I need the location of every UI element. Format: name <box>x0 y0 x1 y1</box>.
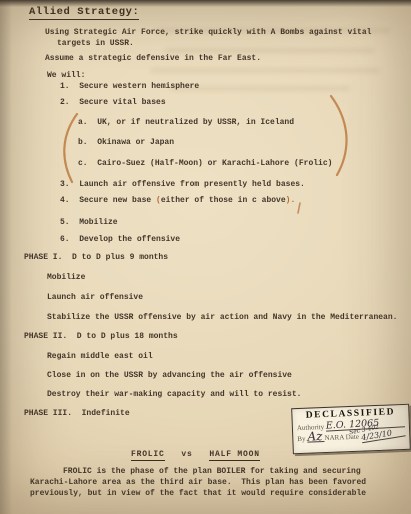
list-item-2: 2. Secure vital bases <box>60 98 166 108</box>
body-line: Close in on the USSR by advancing the ai… <box>47 371 292 381</box>
photo-left-shadow <box>0 0 12 514</box>
phase-1-heading: PHASE I. D to D plus 9 months <box>24 253 168 263</box>
by-label: By <box>297 435 307 443</box>
list-item-4: 4. Secure new base (either of those in c… <box>60 196 295 206</box>
page-title: Allied Strategy: <box>29 7 139 17</box>
sub-item-a: a. UK, or if neutralized by USSR, in Ice… <box>78 118 294 128</box>
scanned-document-page: Allied Strategy:Using Strategic Air Forc… <box>0 0 411 514</box>
body-line: Regain middle east oil <box>47 352 153 362</box>
ink-bleed-mark <box>150 68 380 73</box>
body-line: We will: <box>47 71 85 81</box>
list-item-6: 6. Develop the offensive <box>60 235 180 245</box>
right-parenthesis-mark <box>331 96 347 175</box>
body-line: Stabilize the USSR offensive by air acti… <box>47 313 397 323</box>
section-heading: FROLIC vs HALF MOON <box>131 450 260 460</box>
body-line: Destroy their war-making capacity and wi… <box>47 390 301 400</box>
body-line: Launch air offensive <box>47 293 143 303</box>
body-line: Using Strategic Air Force, strike quickl… <box>45 28 371 38</box>
body-line: previously, but in view of the fact that… <box>30 489 366 499</box>
body-line: targets in USSR. <box>57 39 134 49</box>
body-line: Assume a strategic defensive in the Far … <box>45 54 261 64</box>
list-item-1: 1. Secure western hemisphere <box>60 82 199 92</box>
photo-top-shadow <box>0 0 411 7</box>
ink-bleed-mark <box>165 48 375 53</box>
tick-mark <box>298 203 300 213</box>
sub-item-b: b. Okinawa or Japan <box>78 138 174 148</box>
list-item-5: 5. Mobilize <box>60 218 118 228</box>
list-item-3: 3. Launch air offensive from presently h… <box>60 180 305 190</box>
phase-2-heading: PHASE II. D to D plus 18 months <box>24 332 178 342</box>
body-line: Mobilize <box>47 273 85 283</box>
signature-handwritten: Az <box>307 432 324 443</box>
body-line: Karachi-Lahore area as the third air bas… <box>30 478 366 488</box>
body-line: FROLIC is the phase of the plan BOILER f… <box>63 467 361 477</box>
declassified-stamp: DECLASSIFIED Authority E.O. 12065 Sec 3-… <box>291 404 411 454</box>
sub-item-c: c. Cairo-Suez (Half-Moon) or Karachi-Lah… <box>78 159 332 169</box>
phase-3-heading: PHASE III. Indefinite <box>24 409 130 419</box>
left-parenthesis-mark <box>64 114 77 182</box>
stamp-by-row: Sec 3-402 By Az NARA Date 4/23/10 <box>297 429 405 443</box>
